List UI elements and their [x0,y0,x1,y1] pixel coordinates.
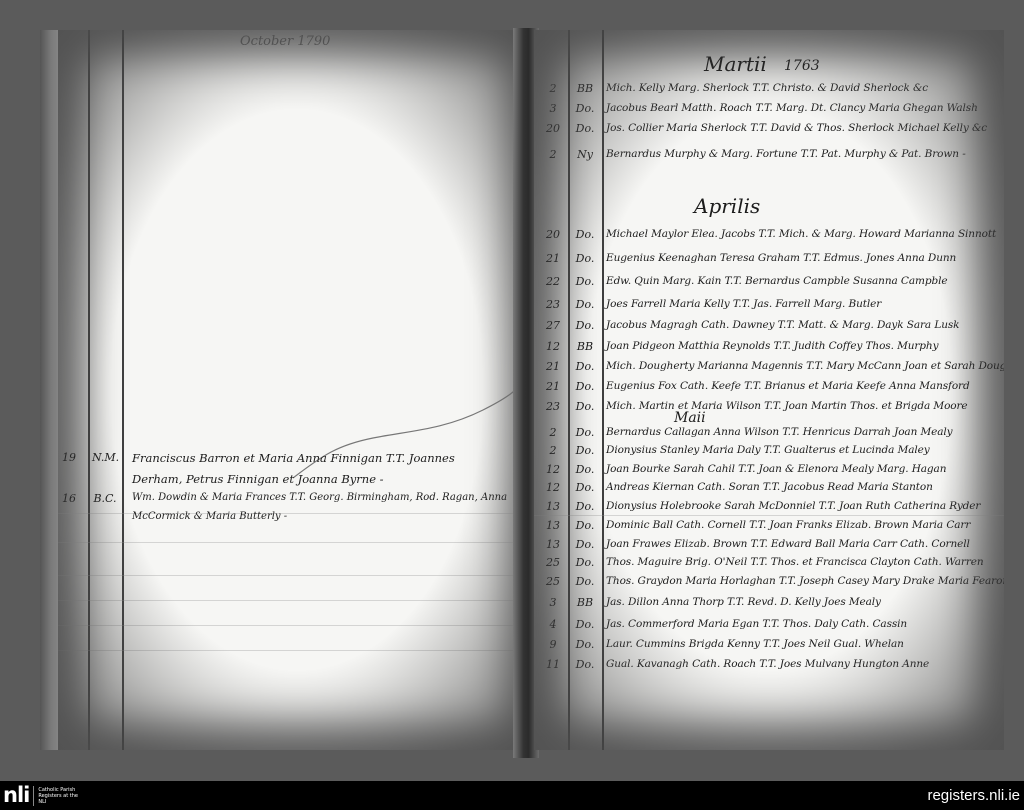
entry-code: Do. [572,519,598,532]
entry-text: Jas. Dillon Anna Thorp T.T. Revd. D. Kel… [606,596,881,608]
entry-day: 2 [542,148,564,161]
entry-day: 2 [542,444,564,457]
entry-text: Edw. Quin Marg. Kain T.T. Bernardus Camp… [606,275,947,287]
site-link[interactable]: registers.nli.ie [927,787,1020,804]
year-heading: 1763 [784,58,820,74]
entry-code: Do. [572,658,598,671]
entry-text: Andreas Kiernan Cath. Soran T.T. Jacobus… [606,481,933,493]
entry-text: Bernardus Murphy & Marg. Fortune T.T. Pa… [606,148,966,160]
entry-code: Do. [572,575,598,588]
logo-caption: Catholic Parish Registers at the NLI [38,787,78,805]
entry-day: 21 [542,252,564,265]
margin-rule [88,30,90,750]
entry-day: 13 [542,519,564,532]
entry-code: Do. [572,618,598,631]
entry-day: 2 [542,82,564,95]
entry-text: Joan Pidgeon Matthia Reynolds T.T. Judit… [606,340,938,352]
entry-text: Dionysius Stanley Maria Daly T.T. Gualte… [606,444,930,456]
entry-text: Thos. Maguire Brig. O'Neil T.T. Thos. et… [606,556,984,568]
entry-code: Do. [572,444,598,457]
nli-logo-mark: nli [3,785,29,806]
entry-text: Jacobus Bearl Matth. Roach T.T. Marg. Dt… [606,102,978,114]
month-heading: Martii [704,52,767,76]
footer-bar: nli Catholic Parish Registers at the NLI… [0,781,1024,810]
ruled-line [58,650,536,651]
margin-rule [122,30,124,750]
entry-code: Do. [572,481,598,494]
entry-text: Mich. Martin et Maria Wilson T.T. Joan M… [606,400,968,412]
entry-day: 20 [542,122,564,135]
entry-text: Mich. Kelly Marg. Sherlock T.T. Christo.… [606,82,928,94]
entry-day: 4 [542,618,564,631]
entry-text: Dominic Ball Cath. Cornell T.T. Joan Fra… [606,519,970,531]
entry-day: 11 [542,658,564,671]
entry-day: 12 [542,340,564,353]
entry-day: 25 [542,575,564,588]
entry-day: 25 [542,556,564,569]
entry-day: 19 [58,451,80,464]
entry-text: Jacobus Magragh Cath. Dawney T.T. Matt. … [606,319,959,331]
entry-code: Do. [572,228,598,241]
image-viewer: October 1790 19 N.M. Franciscus Barron e… [0,0,1024,781]
margin-rule [568,30,570,750]
entry-text: Michael Maylor Elea. Jacobs T.T. Mich. &… [606,228,996,240]
entry-day: 3 [542,102,564,115]
entry-text: Bernardus Callagan Anna Wilson T.T. Henr… [606,426,953,438]
entry-day: 27 [542,319,564,332]
entry-code: Do. [572,400,598,413]
entry-day: 13 [542,500,564,513]
left-page: October 1790 19 N.M. Franciscus Barron e… [58,30,536,750]
entry-text: Joes Farrell Maria Kelly T.T. Jas. Farre… [606,298,881,310]
entry-code: Do. [572,360,598,373]
entry-code: Do. [572,500,598,513]
entry-code: Do. [572,538,598,551]
entry-code: Do. [572,298,598,311]
entry-day: 9 [542,638,564,651]
ruled-line [58,600,536,601]
entry-text: Dionysius Holebrooke Sarah McDonniel T.T… [606,500,980,512]
entry-day: 23 [542,298,564,311]
entry-text: Gual. Kavanagh Cath. Roach T.T. Joes Mul… [606,658,929,670]
entry-code: BB [572,340,598,353]
entry-code: Do. [572,638,598,651]
entry-line: Wm. Dowdin & Maria Frances T.T. Georg. B… [132,492,507,503]
entry-code: BB [572,82,598,95]
entry-text: Joan Bourke Sarah Cahil T.T. Joan & Elen… [606,463,946,475]
ruled-line [534,515,1004,516]
entry-day: 13 [542,538,564,551]
entry-code: Do. [572,426,598,439]
entry-day: 22 [542,275,564,288]
entry-day: 21 [542,360,564,373]
entry-text: Eugenius Fox Cath. Keefe T.T. Brianus et… [606,380,970,392]
entry-day: 12 [542,463,564,476]
month-heading: Aprilis [694,194,760,218]
ruled-line [58,542,536,543]
entry-code: Do. [572,122,598,135]
entry-day: 20 [542,228,564,241]
entry-code: Do. [572,380,598,393]
entry-day: 23 [542,400,564,413]
page-header-note: October 1790 [240,34,330,49]
entry-code: Do. [572,463,598,476]
ruled-line [58,575,536,576]
entry-text: Thos. Graydon Maria Horlaghan T.T. Josep… [606,575,1004,587]
entry-day: 21 [542,380,564,393]
entry-text: Joan Frawes Elizab. Brown T.T. Edward Ba… [606,538,970,550]
ruled-line [58,625,536,626]
margin-rule [602,30,604,750]
entry-day: 12 [542,481,564,494]
entry-text: Eugenius Keenaghan Teresa Graham T.T. Ed… [606,252,956,264]
entry-day: 3 [542,596,564,609]
nli-logo[interactable]: nli Catholic Parish Registers at the NLI [3,785,78,806]
entry-code: Do. [572,319,598,332]
right-page: Martii 1763 2BBMich. Kelly Marg. Sherloc… [534,30,1004,750]
month-heading: Maii [674,410,706,426]
entry-code: Do. [572,102,598,115]
entry-text: Jas. Commerford Maria Egan T.T. Thos. Da… [606,618,907,630]
entry-code: Do. [572,275,598,288]
entry-day: 16 [58,492,80,505]
entry-code: Ny [572,148,598,161]
entry-line: Franciscus Barron et Maria Anna Finnigan… [132,451,455,465]
entry-code: BB [572,596,598,609]
entry-line: Derham, Petrus Finnigan et Joanna Byrne … [132,472,384,486]
entry-day: 2 [542,426,564,439]
entry-code: Do. [572,252,598,265]
entry-text: Laur. Cummins Brigda Kenny T.T. Joes Nei… [606,638,904,650]
entry-line: McCormick & Maria Butterly - [132,511,287,522]
entry-code: B.C. [92,492,118,505]
entry-code: N.M. [92,451,118,464]
ruled-line [58,513,536,514]
logo-divider [33,786,34,806]
entry-text: Jos. Collier Maria Sherlock T.T. David &… [606,122,987,134]
entry-code: Do. [572,556,598,569]
entry-text: Mich. Dougherty Marianna Magennis T.T. M… [606,360,1004,372]
